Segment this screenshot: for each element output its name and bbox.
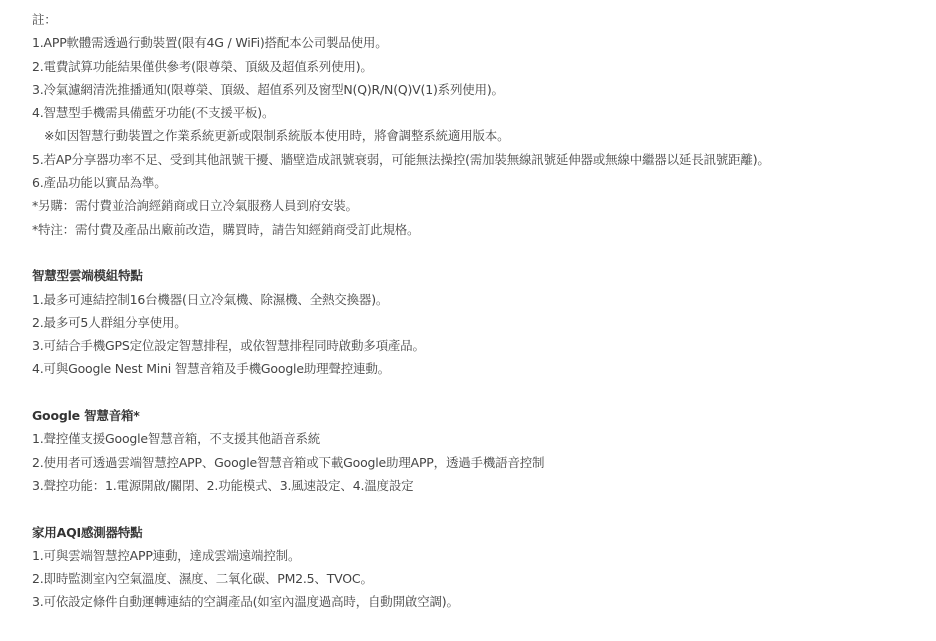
- note-special-order: *特注：需付費及產品出廠前改造，購買時，請告知經銷商受訂此規格。: [32, 218, 932, 241]
- google-speaker-heading: Google 智慧音箱*: [32, 404, 932, 427]
- notes-section: 註： 1.APP軟體需透過行動裝置(限有4G / WiFi)搭配本公司製品使用。…: [32, 8, 932, 241]
- cloud-module-item: 1.最多可連結控制16台機器(日立冷氣機、除濕機、全熱交換器)。: [32, 288, 932, 311]
- note-item: 4.智慧型手機需具備藍牙功能(不支援平板)。: [32, 101, 932, 124]
- google-speaker-item: 1.聲控僅支援Google智慧音箱，不支援其他語音系統: [32, 427, 932, 450]
- note-remark: ※如因智慧行動裝置之作業系統更新或限制系統版本使用時，將會調整系統適用版本。: [32, 124, 932, 147]
- aqi-sensor-section: 家用AQI感測器特點 1.可與雲端智慧控APP連動，達成雲端遠端控制。 2.即時…: [32, 521, 932, 614]
- note-item: 2.電費試算功能結果僅供參考(限尊榮、頂級及超值系列使用)。: [32, 55, 932, 78]
- note-item: 6.產品功能以實品為準。: [32, 171, 932, 194]
- section-spacer: [32, 241, 932, 264]
- aqi-sensor-item: 3.可依設定條件自動運轉連結的空調產品(如室內溫度過高時，自動開啟空調)。: [32, 590, 932, 613]
- notes-title: 註：: [32, 8, 932, 31]
- aqi-sensor-heading: 家用AQI感測器特點: [32, 521, 932, 544]
- note-item: 5.若AP分享器功率不足、受到其他訊號干擾、牆壁造成訊號衰弱，可能無法操控(需加…: [32, 148, 932, 171]
- note-optional-purchase: *另購：需付費並洽詢經銷商或日立冷氣服務人員到府安裝。: [32, 194, 932, 217]
- google-speaker-section: Google 智慧音箱* 1.聲控僅支援Google智慧音箱，不支援其他語音系統…: [32, 404, 932, 497]
- cloud-module-section: 智慧型雲端模組特點 1.最多可連結控制16台機器(日立冷氣機、除濕機、全熱交換器…: [32, 264, 932, 380]
- cloud-module-item: 2.最多可5人群組分享使用。: [32, 311, 932, 334]
- section-spacer: [32, 497, 932, 520]
- google-speaker-item: 2.使用者可透過雲端智慧控APP、Google智慧音箱或下載Google助理AP…: [32, 451, 932, 474]
- cloud-module-item: 3.可結合手機GPS定位設定智慧排程，或依智慧排程同時啟動多項產品。: [32, 334, 932, 357]
- spec-notes-document: 註： 1.APP軟體需透過行動裝置(限有4G / WiFi)搭配本公司製品使用。…: [32, 8, 932, 614]
- google-speaker-item: 3.聲控功能：1.電源開啟/關閉、2.功能模式、3.風速設定、4.溫度設定: [32, 474, 932, 497]
- cloud-module-heading: 智慧型雲端模組特點: [32, 264, 932, 287]
- cloud-module-item: 4.可與Google Nest Mini 智慧音箱及手機Google助理聲控連動…: [32, 357, 932, 380]
- aqi-sensor-item: 2.即時監測室內空氣溫度、濕度、二氧化碳、PM2.5、TVOC。: [32, 567, 932, 590]
- section-spacer: [32, 381, 932, 404]
- note-item: 1.APP軟體需透過行動裝置(限有4G / WiFi)搭配本公司製品使用。: [32, 31, 932, 54]
- aqi-sensor-item: 1.可與雲端智慧控APP連動，達成雲端遠端控制。: [32, 544, 932, 567]
- note-item: 3.冷氣濾網清洗推播通知(限尊榮、頂級、超值系列及窗型N(Q)R/N(Q)V(1…: [32, 78, 932, 101]
